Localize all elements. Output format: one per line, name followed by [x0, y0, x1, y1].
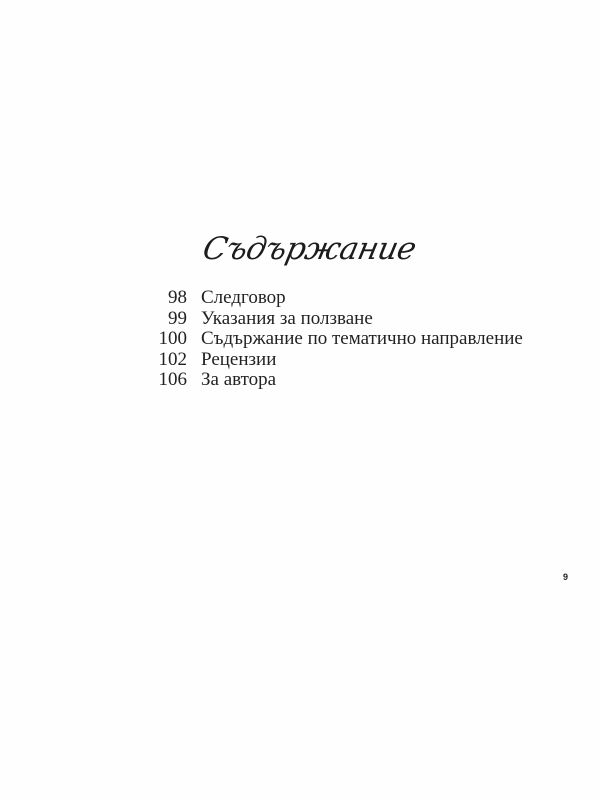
- toc-entry-label: Указания за ползване: [201, 309, 373, 330]
- toc-entry: 100 Съдържание по тематично направление: [140, 329, 523, 350]
- toc-entry-page: 100: [140, 329, 187, 350]
- toc-entry-label: Рецензии: [201, 350, 276, 371]
- document-page: Съдържание 98 Следговор 99 Указания за п…: [0, 0, 600, 800]
- toc-entry: 99 Указания за ползване: [140, 309, 523, 330]
- toc-entry: 98 Следговор: [140, 288, 523, 309]
- toc-entry-label: Съдържание по тематично направление: [201, 329, 523, 350]
- toc-entry-label: Следговор: [201, 288, 286, 309]
- page-number: 9: [563, 572, 568, 582]
- toc-entry-page: 102: [140, 350, 187, 371]
- toc-entry-label: За автора: [201, 370, 276, 391]
- toc-entry: 102 Рецензии: [140, 350, 523, 371]
- toc-entry-page: 98: [140, 288, 187, 309]
- toc-entry: 106 За автора: [140, 370, 523, 391]
- toc-heading: Съдържание: [200, 234, 419, 265]
- toc-entry-page: 106: [140, 370, 187, 391]
- toc-entry-page: 99: [140, 309, 187, 330]
- table-of-contents: 98 Следговор 99 Указания за ползване 100…: [140, 288, 523, 391]
